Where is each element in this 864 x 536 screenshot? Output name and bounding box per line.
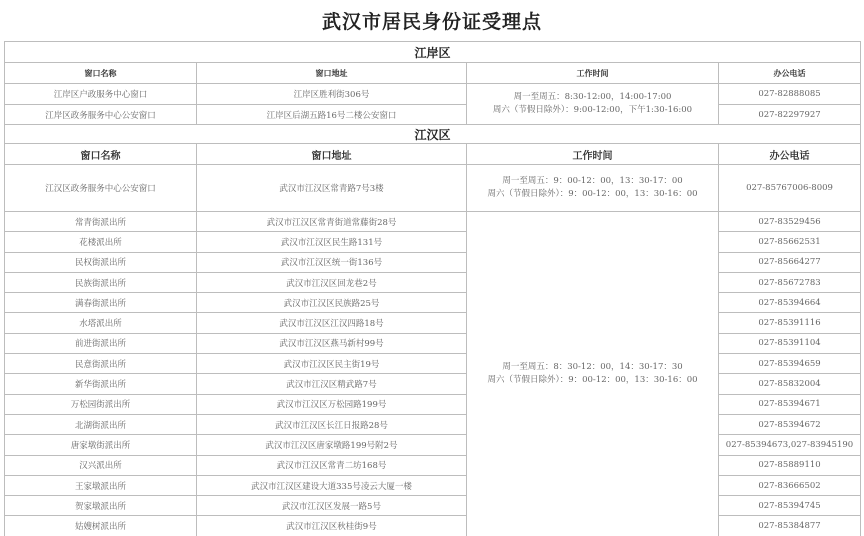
window-name: 唐家墩街派出所: [5, 435, 197, 455]
window-address: 武汉市江汉区燕马新村99号: [197, 333, 467, 353]
window-address: 武汉市江汉区常青路7号3楼: [197, 165, 467, 212]
hours-saturday: 周六（节假日除外）：9：00-12：00，13：30-16：00: [467, 188, 718, 201]
office-phone: 027-85384877: [719, 516, 861, 536]
window-address: 武汉市江汉区常青街道常藤街28号: [197, 212, 467, 232]
window-address: 武汉市江汉区民主街19号: [197, 354, 467, 374]
window-address: 江岸区后湖五路16号二楼公安窗口: [197, 105, 467, 125]
office-phone: 027-85889110: [719, 455, 861, 475]
window-name: 前进街派出所: [5, 333, 197, 353]
table-row: 满春街派出所 武汉市江汉区民族路25号 027-85394664: [5, 293, 861, 313]
office-phone: 027-82297927: [719, 105, 861, 125]
column-header-address: 窗口地址: [197, 63, 467, 84]
working-hours: 周一至周五：8:30-12:00，14:00-17:00 周六（节假日除外）：9…: [467, 84, 719, 125]
table-row: 贺家墩派出所 武汉市江汉区发展一路5号 027-85394745: [5, 496, 861, 516]
table-row: 江岸区户政服务中心窗口 江岸区胜利街306号 周一至周五：8:30-12:00，…: [5, 84, 861, 105]
page-title: 武汉市居民身份证受理点: [0, 0, 864, 41]
table-row: 姑嫂树派出所 武汉市江汉区秋桂街9号 027-85384877: [5, 516, 861, 536]
window-name: 北湖街派出所: [5, 414, 197, 434]
column-header-hours: 工作时间: [467, 144, 719, 165]
table-row: 常青街派出所 武汉市江汉区常青街道常藤街28号 周一至周五：8：30-12：00…: [5, 212, 861, 232]
office-phone: 027-85391116: [719, 313, 861, 333]
window-name: 万松园街派出所: [5, 394, 197, 414]
window-name: 汉兴派出所: [5, 455, 197, 475]
window-address: 武汉市江汉区回龙巷2号: [197, 272, 467, 292]
table-row: 王家墩派出所 武汉市江汉区建设大道335号凌云大厦一楼 027-83666502: [5, 475, 861, 495]
office-phone: 027-85664277: [719, 252, 861, 272]
office-phone: 027-85394673,027-83945190: [719, 435, 861, 455]
district-title: 江汉区: [5, 125, 861, 144]
table-row: 北湖街派出所 武汉市江汉区长江日报路28号 027-85394672: [5, 414, 861, 434]
table-row: 江汉区政务服务中心公安窗口 武汉市江汉区常青路7号3楼 周一至周五：9：00-1…: [5, 165, 861, 212]
working-hours: 周一至周五：9：00-12：00，13：30-17：00 周六（节假日除外）：9…: [467, 165, 719, 212]
jianghan-table: 江汉区 窗口名称 窗口地址 工作时间 办公电话 江汉区政务服务中心公安窗口 武汉…: [4, 124, 861, 536]
window-address: 武汉市江汉区民生路131号: [197, 232, 467, 252]
column-header-address: 窗口地址: [197, 144, 467, 165]
window-address: 武汉市江汉区发展一路5号: [197, 496, 467, 516]
table-row: 江岸区政务服务中心公安窗口 江岸区后湖五路16号二楼公安窗口 027-82297…: [5, 105, 861, 125]
office-phone: 027-82888085: [719, 84, 861, 105]
office-phone: 027-85391104: [719, 333, 861, 353]
window-address: 武汉市江汉区江汉四路18号: [197, 313, 467, 333]
office-phone: 027-83529456: [719, 212, 861, 232]
window-name: 民权街派出所: [5, 252, 197, 272]
window-address: 武汉市江汉区长江日报路28号: [197, 414, 467, 434]
window-address: 武汉市江汉区民族路25号: [197, 293, 467, 313]
working-hours: 周一至周五：8：30-12：00，14：30-17：30 周六（节假日除外）：9…: [467, 212, 719, 536]
window-name: 常青街派出所: [5, 212, 197, 232]
office-phone: 027-85662531: [719, 232, 861, 252]
window-name: 花楼派出所: [5, 232, 197, 252]
window-name: 新华街派出所: [5, 374, 197, 394]
hours-weekday: 周一至周五：9：00-12：00，13：30-17：00: [467, 175, 718, 188]
office-phone: 027-85832004: [719, 374, 861, 394]
hours-weekday: 周一至周五：8：30-12：00，14：30-17：30: [467, 361, 718, 374]
window-name: 姑嫂树派出所: [5, 516, 197, 536]
window-address: 江岸区胜利街306号: [197, 84, 467, 105]
window-address: 武汉市江汉区唐家墩路199号附2号: [197, 435, 467, 455]
column-header-hours: 工作时间: [467, 63, 719, 84]
window-name: 满春街派出所: [5, 293, 197, 313]
table-row: 花楼派出所 武汉市江汉区民生路131号 027-85662531: [5, 232, 861, 252]
office-phone: 027-83666502: [719, 475, 861, 495]
window-address: 武汉市江汉区建设大道335号凌云大厦一楼: [197, 475, 467, 495]
hours-saturday: 周六（节假日除外）：9:00-12:00，下午1:30-16:00: [467, 104, 718, 117]
column-header-name: 窗口名称: [5, 144, 197, 165]
column-header-phone: 办公电话: [719, 144, 861, 165]
table-row: 万松园街派出所 武汉市江汉区万松园路199号 027-85394671: [5, 394, 861, 414]
hours-saturday: 周六（节假日除外）：9：00-12：00，13：30-16：00: [467, 374, 718, 387]
office-phone: 027-85767006-8009: [719, 165, 861, 212]
window-address: 武汉市江汉区常青二坊168号: [197, 455, 467, 475]
window-name: 江岸区政务服务中心公安窗口: [5, 105, 197, 125]
column-header-name: 窗口名称: [5, 63, 197, 84]
office-phone: 027-85394664: [719, 293, 861, 313]
window-name: 民意街派出所: [5, 354, 197, 374]
table-row: 水塔派出所 武汉市江汉区江汉四路18号 027-85391116: [5, 313, 861, 333]
table-row: 民意街派出所 武汉市江汉区民主街19号 027-85394659: [5, 354, 861, 374]
window-address: 武汉市江汉区精武路7号: [197, 374, 467, 394]
document-page: 武汉市居民身份证受理点 江岸区 窗口名称 窗口地址 工作时间 办公电话 江岸区户…: [0, 0, 864, 536]
window-address: 武汉市江汉区万松园路199号: [197, 394, 467, 414]
jiangan-table: 江岸区 窗口名称 窗口地址 工作时间 办公电话 江岸区户政服务中心窗口 江岸区胜…: [4, 41, 861, 125]
office-phone: 027-85672783: [719, 272, 861, 292]
district-title: 江岸区: [5, 42, 861, 63]
window-address: 武汉市江汉区统一街136号: [197, 252, 467, 272]
window-name: 王家墩派出所: [5, 475, 197, 495]
table-row: 汉兴派出所 武汉市江汉区常青二坊168号 027-85889110: [5, 455, 861, 475]
table-row: 前进街派出所 武汉市江汉区燕马新村99号 027-85391104: [5, 333, 861, 353]
window-name: 江汉区政务服务中心公安窗口: [5, 165, 197, 212]
window-name: 水塔派出所: [5, 313, 197, 333]
table-row: 民权街派出所 武汉市江汉区统一街136号 027-85664277: [5, 252, 861, 272]
window-name: 贺家墩派出所: [5, 496, 197, 516]
table-row: 唐家墩街派出所 武汉市江汉区唐家墩路199号附2号 027-85394673,0…: [5, 435, 861, 455]
table-row: 新华街派出所 武汉市江汉区精武路7号 027-85832004: [5, 374, 861, 394]
window-name: 江岸区户政服务中心窗口: [5, 84, 197, 105]
office-phone: 027-85394671: [719, 394, 861, 414]
hours-weekday: 周一至周五：8:30-12:00，14:00-17:00: [467, 91, 718, 104]
office-phone: 027-85394745: [719, 496, 861, 516]
window-address: 武汉市江汉区秋桂街9号: [197, 516, 467, 536]
office-phone: 027-85394672: [719, 414, 861, 434]
table-header-row: 窗口名称 窗口地址 工作时间 办公电话: [5, 144, 861, 165]
table-row: 民族街派出所 武汉市江汉区回龙巷2号 027-85672783: [5, 272, 861, 292]
window-name: 民族街派出所: [5, 272, 197, 292]
table-header-row: 窗口名称 窗口地址 工作时间 办公电话: [5, 63, 861, 84]
office-phone: 027-85394659: [719, 354, 861, 374]
column-header-phone: 办公电话: [719, 63, 861, 84]
